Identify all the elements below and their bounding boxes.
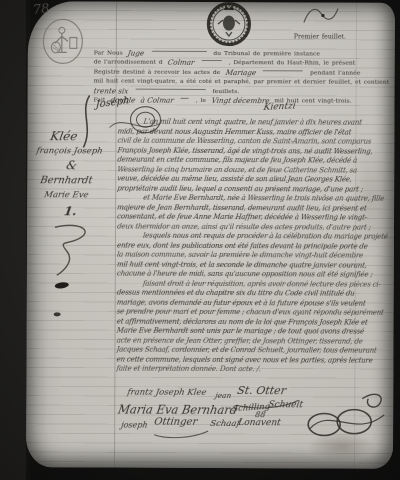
fill-rule bbox=[202, 60, 222, 61]
handwritten-line: Marie Eve Bernhardt sont unis par le mar… bbox=[116, 327, 389, 338]
handwritten-line: demeurant en cette commune, fils majeur … bbox=[117, 156, 390, 167]
handwritten-line: veuve, décédée au même lieu, assisté de … bbox=[117, 175, 390, 186]
signature-flourish-icon bbox=[304, 388, 390, 442]
printed-text: feuillets. bbox=[212, 89, 239, 95]
handwritten-fill: Mariage bbox=[225, 68, 257, 78]
signature-ottinger: Ottinger bbox=[153, 417, 198, 428]
printed-text: du Tribunal de première instance bbox=[213, 51, 320, 57]
signature-lonavent: Lonavent bbox=[237, 418, 281, 428]
margin-act-number: 1. bbox=[63, 204, 78, 218]
handwritten-line: lesquels nous ont requis de procéder à l… bbox=[116, 232, 389, 243]
margin-ampersand: & bbox=[65, 158, 78, 172]
margin-givenname-bride: Marie Eve bbox=[43, 190, 89, 200]
handwritten-line: faite et interprétation donnée. Dont act… bbox=[116, 365, 389, 376]
signature-jean: jean bbox=[215, 391, 233, 400]
paper-sheet: 78 Premier feuillet. bbox=[26, 1, 395, 469]
sheet-label: Premier feuillet. bbox=[294, 33, 346, 40]
handwritten-line: civil de la commune de Wesserling, canto… bbox=[117, 137, 390, 148]
signature-joseph: joseph bbox=[120, 421, 148, 430]
handwritten-fill: Juge bbox=[127, 49, 145, 58]
fill-rule bbox=[151, 51, 206, 52]
handwritten-line: se prendre pour mari et pour femme ; cha… bbox=[116, 308, 389, 319]
corner-paraph-icon bbox=[300, 2, 342, 28]
signature-otter: St. Otter bbox=[236, 384, 287, 397]
handwritten-fill: Vingt décembre bbox=[210, 96, 270, 106]
act-body: L'an mil huit cent vingt quatre, le neuf… bbox=[116, 118, 389, 376]
printed-text: , Département du Haut-Rhin, le présent bbox=[229, 60, 356, 67]
handwritten-line: dessus mentionnées et du chapitre six du… bbox=[116, 289, 389, 300]
printed-text: pendant l'année bbox=[310, 70, 360, 76]
printed-text: , le bbox=[196, 98, 206, 104]
fill-rule bbox=[263, 70, 303, 71]
fill-rule bbox=[135, 88, 205, 89]
signature-schaaf: Schaaf bbox=[209, 419, 240, 429]
printed-text: Par Nous bbox=[94, 50, 123, 56]
scanned-register-page: 78 Premier feuillet. bbox=[0, 0, 400, 480]
fiscal-stamp-icon bbox=[41, 16, 87, 66]
margin-givenname-groom: françois Joseph bbox=[36, 146, 104, 156]
margin-surname-groom: Klée bbox=[49, 129, 78, 143]
margin-flourish-icon bbox=[47, 221, 97, 277]
judge-signature: Kientzi bbox=[263, 101, 297, 113]
handwritten-line: L'an mil huit cent vingt quatre, le neuf… bbox=[117, 118, 390, 129]
handwritten-line: et Marie Eve Bernhardt, née à Wesserling… bbox=[117, 194, 390, 205]
handwritten-line: la maison commune, savoir la première le… bbox=[116, 251, 389, 262]
printed-text: Registre destiné à recevoir les actes de bbox=[94, 69, 221, 76]
handwritten-line: Jacques Schaaf, cordonnier, et de Conrad… bbox=[116, 346, 389, 357]
handwritten-line: chacune à l'heure de midi, sans qu'aucun… bbox=[116, 270, 389, 281]
ottinger-flourish-icon bbox=[152, 429, 210, 439]
margin-surname-bride: Bernhardt bbox=[39, 175, 93, 186]
ink-dot bbox=[54, 312, 61, 316]
printed-text: de l'arrondissement d bbox=[94, 60, 163, 66]
handwritten-line: consentant, et de feue Anne Marie Haffne… bbox=[116, 213, 389, 224]
handwritten-fill: Colmar bbox=[167, 58, 195, 68]
signature-schuelt: Schuelt bbox=[267, 400, 303, 410]
signature-groom: frantz Joseph Klee bbox=[126, 388, 207, 398]
signature-bride: Maria Eva Bernhard bbox=[117, 403, 238, 418]
ink-blot bbox=[54, 281, 69, 289]
